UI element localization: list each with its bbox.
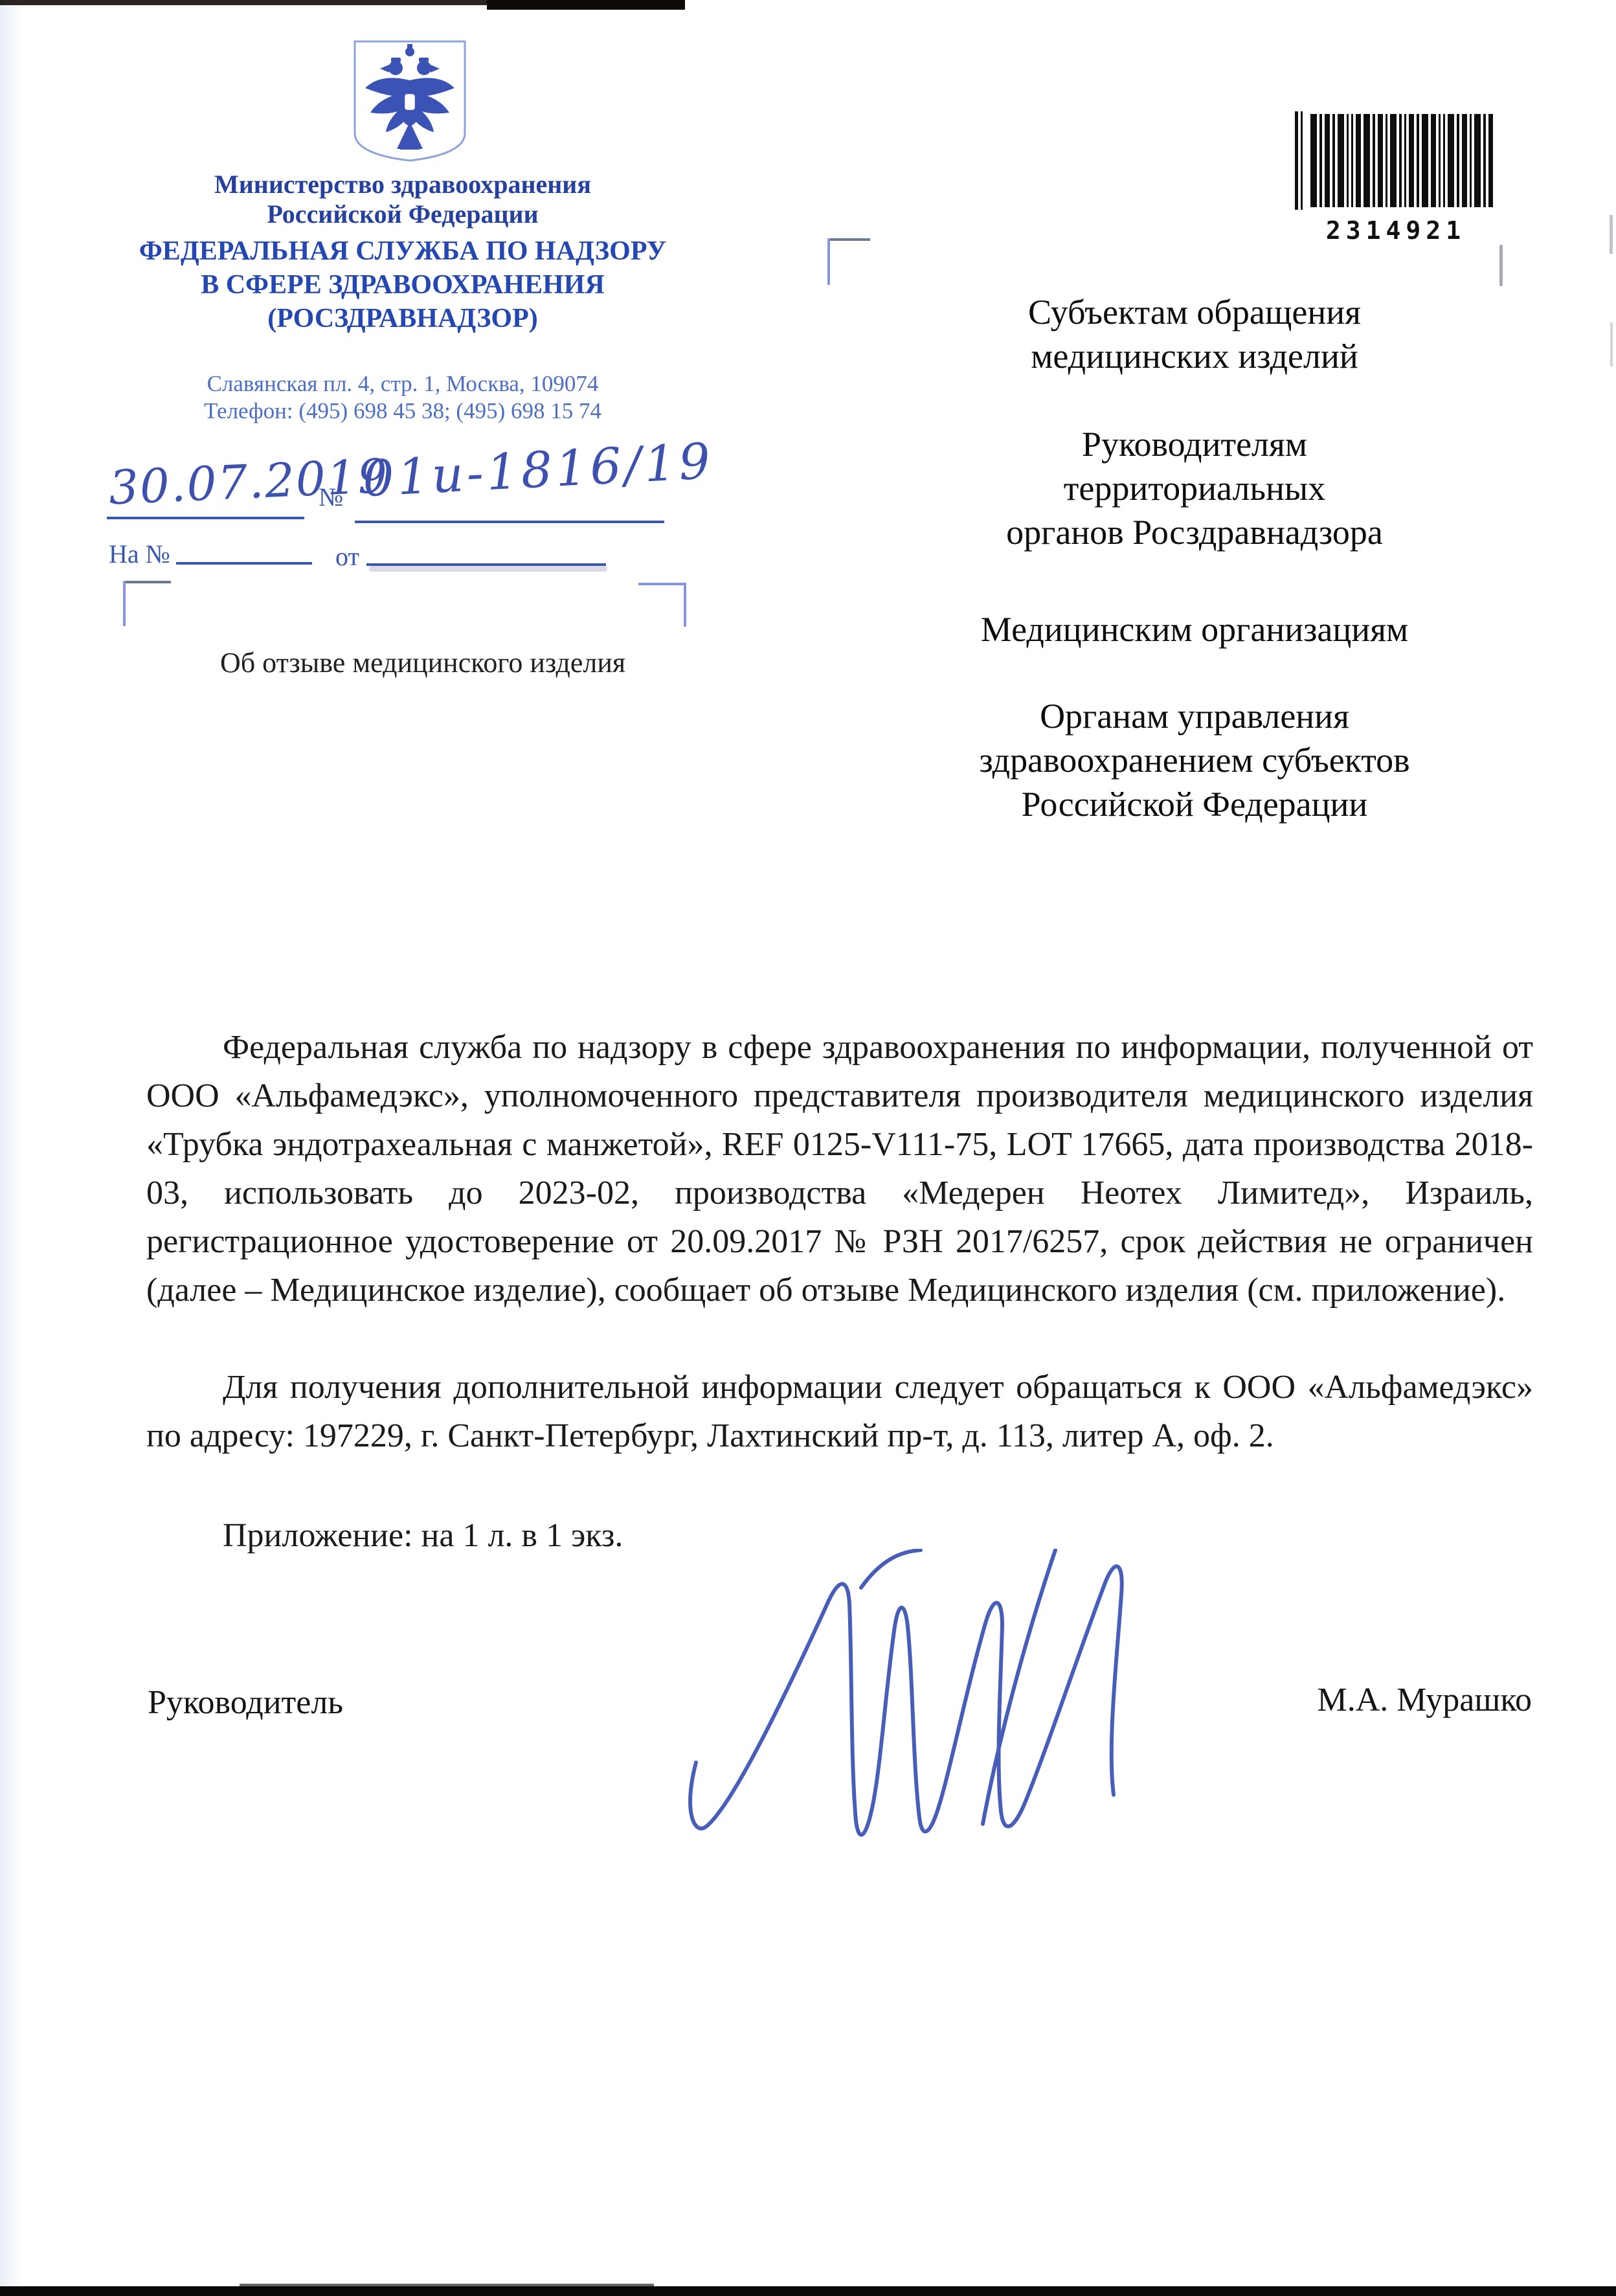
addressee-line: Руководителям [861, 422, 1528, 466]
scan-edge-tint [0, 0, 23, 2296]
coat-of-arms-emblem [350, 38, 470, 164]
from-label: от [335, 544, 359, 570]
corner-bracket-left-side [123, 581, 126, 626]
addressee-line: Субъектам обращения [861, 290, 1528, 334]
service-name: ФЕДЕРАЛЬНАЯ СЛУЖБА ПО НАДЗОРУ В СФЕРЕ ЗД… [85, 234, 720, 335]
address-line: Славянская пл. 4, стр. 1, Москва, 109074 [98, 370, 707, 398]
corner-bracket-left-top [123, 581, 171, 583]
addressee-line: территориальных [861, 466, 1528, 510]
signature-scrawl [667, 1549, 1172, 1853]
addressee-line: медицинских изделий [861, 334, 1528, 378]
subject-line: Об отзыве медицинского изделия [220, 646, 625, 679]
phone-line: Телефон: (495) 698 45 38; (495) 698 15 7… [98, 398, 707, 425]
ministry-line1: Министерство здравоохранения [111, 170, 694, 199]
addressee-zone-right-tick [1499, 245, 1503, 286]
scan-top-artifact-dark [487, 0, 685, 10]
addressee-block-2: Руководителям территориальных органов Ро… [861, 422, 1528, 554]
ministry-name: Министерство здравоохранения Российской … [111, 170, 694, 229]
addressee-line: Медицинским организациям [861, 607, 1528, 651]
addressee-line: Органам управления [861, 694, 1528, 738]
scan-right-edge-mark [1610, 322, 1613, 366]
body-paragraph-2: Для получения дополнительной информации … [146, 1363, 1533, 1460]
addressee-block-3: Медицинским организациям [861, 607, 1528, 651]
number-sign: № [319, 484, 343, 510]
scanned-letter-page: Министерство здравоохранения Российской … [0, 0, 1616, 2296]
signer-name: М.А. Мурашко [1230, 1681, 1532, 1719]
on-number-underline [176, 562, 312, 565]
addressee-line: здравоохранением субъектов [861, 738, 1528, 782]
addressee-line: Российской Федерации [861, 782, 1528, 826]
scan-right-edge-mark [1610, 215, 1613, 254]
service-line2: В СФЕРЕ ЗДРАВООХРАНЕНИЯ [85, 268, 720, 302]
body-paragraph-1: Федеральная служба по надзору в сфере зд… [146, 1023, 1533, 1314]
addressee-block-1: Субъектам обращения медицинских изделий [861, 290, 1528, 378]
barcode-number: 2314921 [1295, 216, 1497, 245]
corner-bracket-right-top [638, 583, 686, 585]
addressee-line: органов Росздравнадзора [861, 510, 1528, 554]
addressee-bracket-side [827, 238, 830, 285]
service-line1: ФЕДЕРАЛЬНАЯ СЛУЖБА ПО НАДЗОРУ [85, 234, 720, 268]
signer-position: Руководитель [148, 1683, 343, 1722]
outgoing-number-handwritten: 01и-1816/19 [361, 436, 714, 504]
number-underline [355, 521, 664, 523]
outgoing-date-handwritten: 30.07.2019 [108, 453, 390, 512]
attachment-line: Приложение: на 1 л. в 1 экз. [223, 1516, 623, 1555]
barcode [1295, 109, 1497, 212]
addressee-block-4: Органам управления здравоохранением субъ… [861, 694, 1528, 826]
letterhead-contacts: Славянская пл. 4, стр. 1, Москва, 109074… [98, 370, 707, 425]
corner-bracket-right-side [684, 583, 686, 627]
service-line3: (РОСЗДРАВНАДЗОР) [85, 302, 720, 335]
date-underline [107, 517, 304, 519]
scan-bottom-bar [0, 2286, 1616, 2296]
on-number-label: На № [109, 541, 170, 567]
from-field-ghost-mark [369, 566, 607, 572]
ministry-line2: Российской Федерации [111, 199, 694, 229]
addressee-bracket-top [827, 238, 870, 241]
